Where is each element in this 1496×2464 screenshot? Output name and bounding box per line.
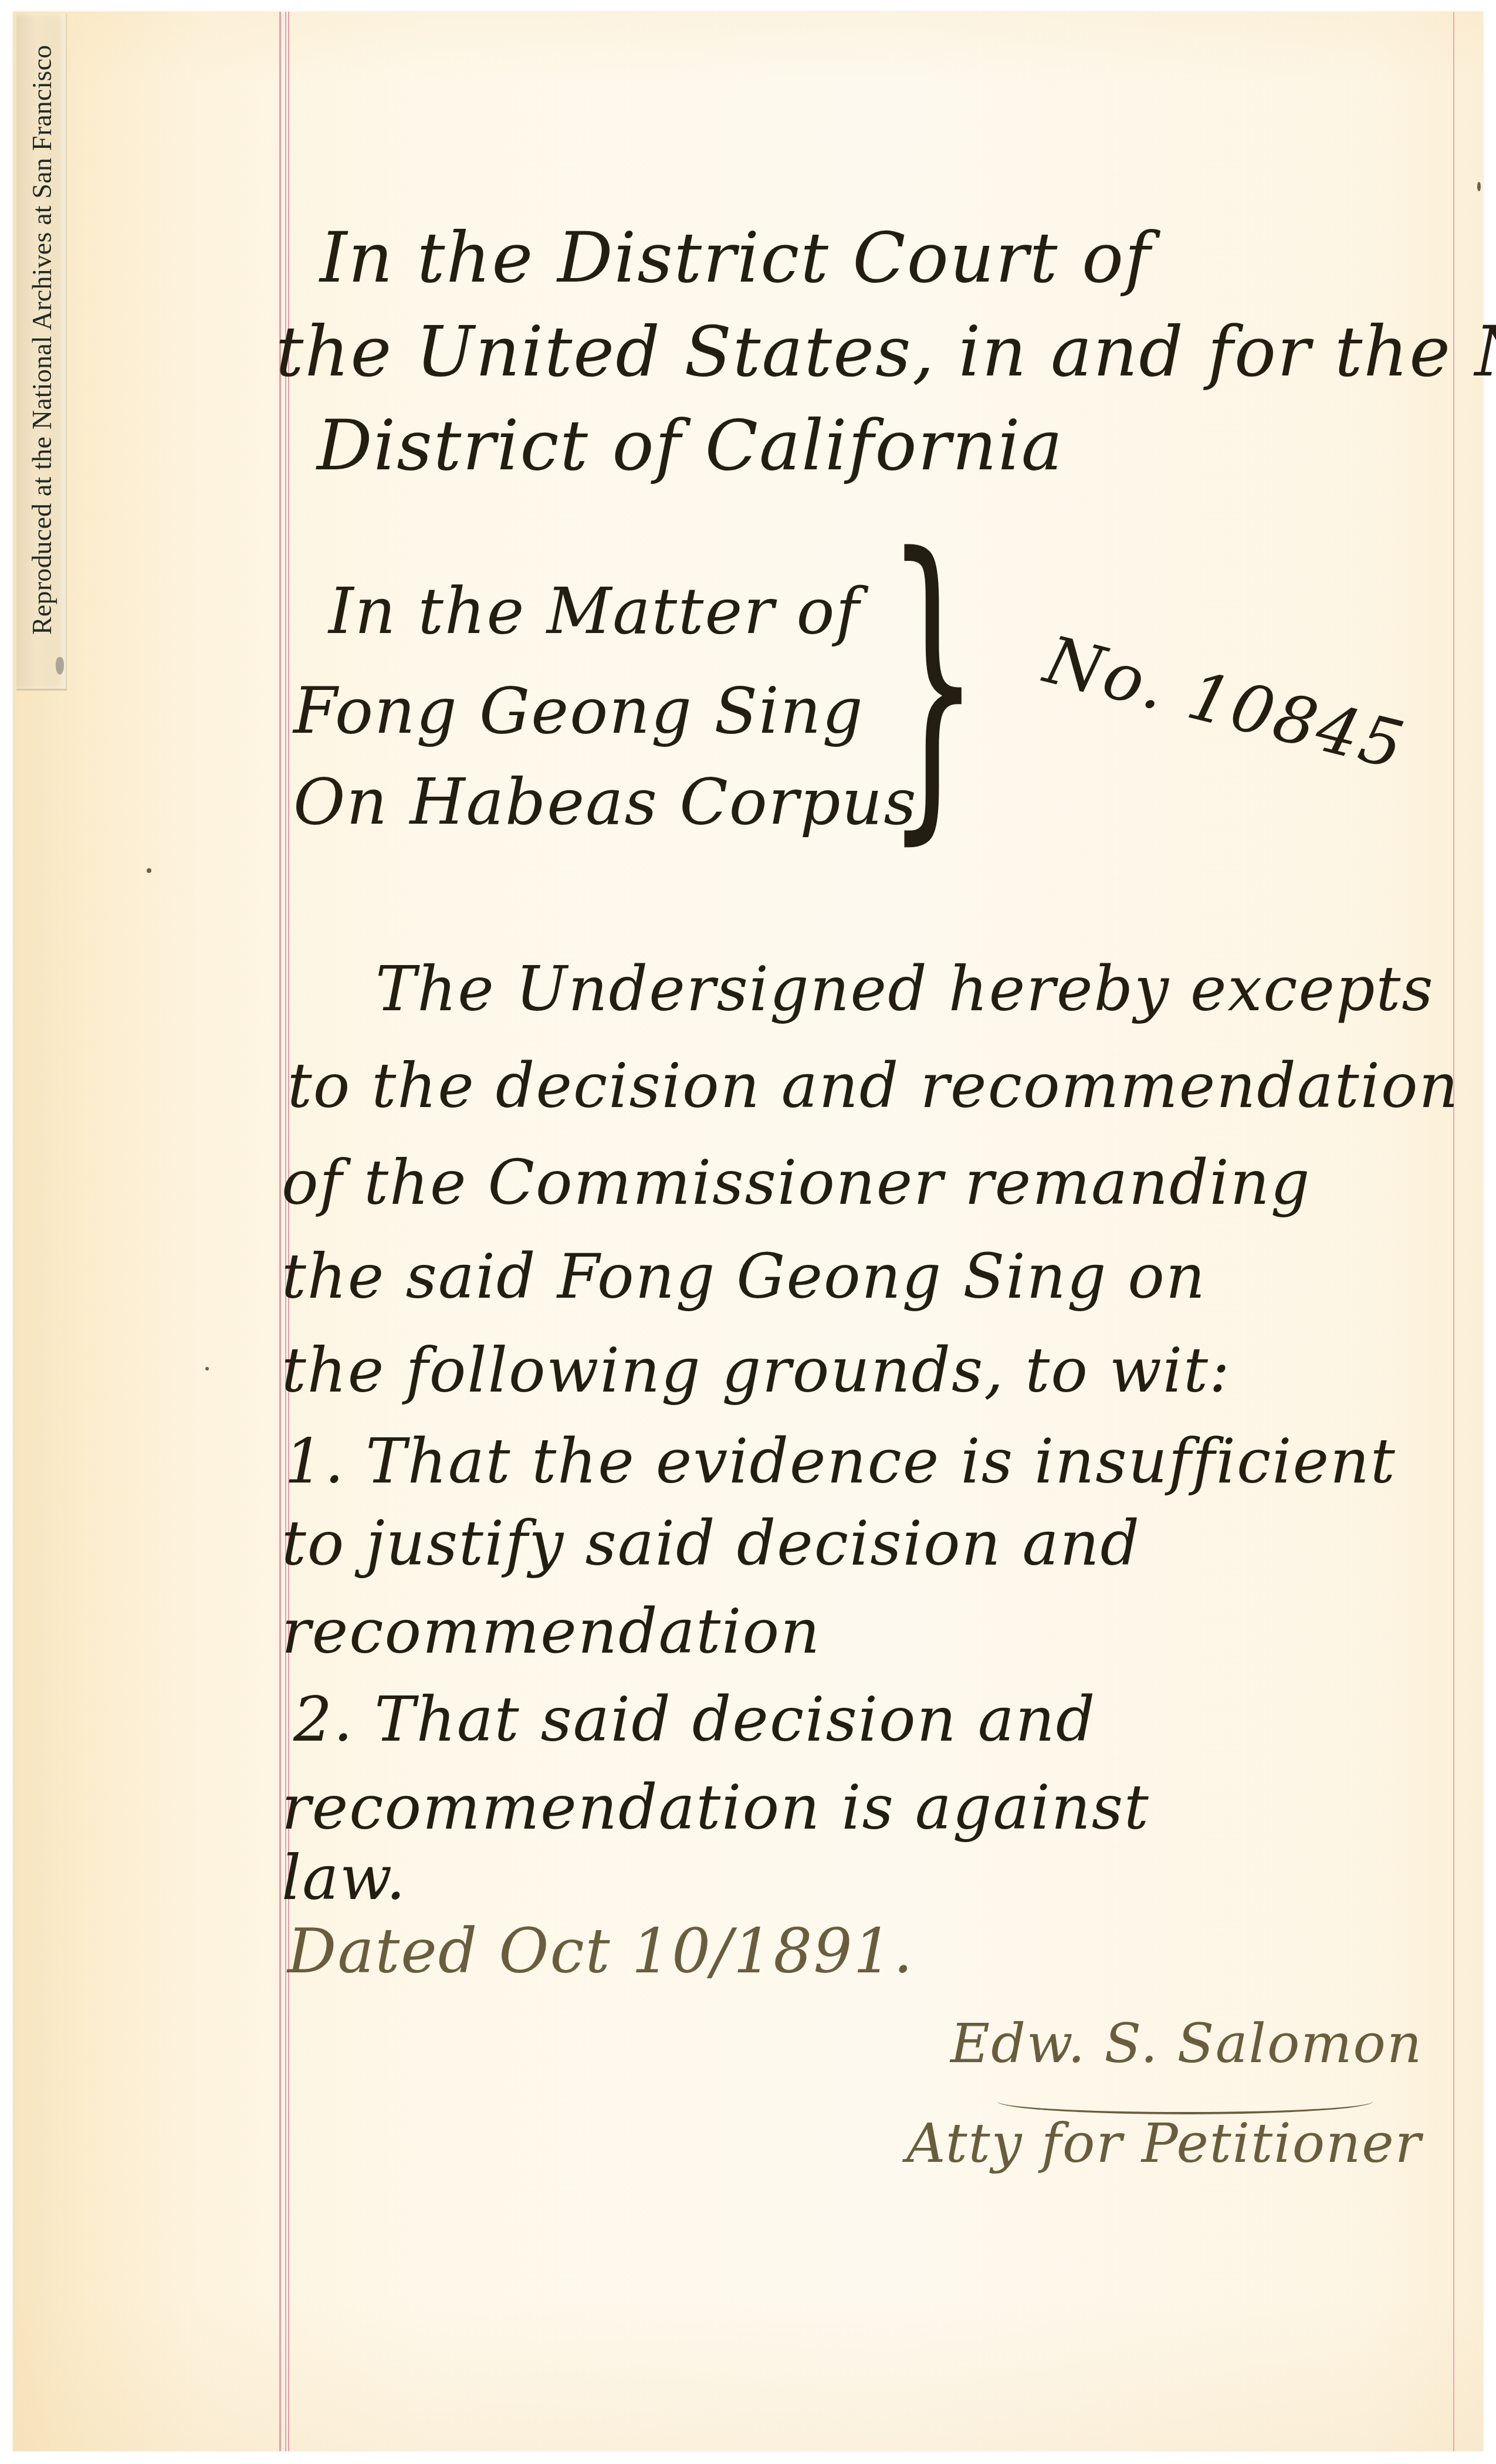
archive-label-text: Reproduced at the National Archives at S… [25, 13, 60, 635]
body-line-6: 1. That the evidence is insufficient [285, 1426, 1396, 1497]
date-line: Dated Oct 10/1891. [287, 1915, 914, 1987]
body-line-7: to justify said decision and [282, 1508, 1140, 1579]
paper-speck [147, 868, 151, 873]
body-line-1: The Undersigned hereby excepts [375, 953, 1434, 1025]
label-tab-mark [56, 657, 64, 675]
caption-line-2: Fong Geong Sing [293, 675, 864, 748]
signature-name: Edw. S. Salomon [950, 2012, 1423, 2075]
body-line-3: of the Commissioner remanding [282, 1147, 1311, 1219]
body-line-2: to the decision and recommendation [287, 1050, 1459, 1122]
body-line-4: the said Fong Geong Sing on [282, 1241, 1206, 1312]
court-heading-line-1: In the District Court of [320, 217, 1152, 298]
signature-flourish [997, 2089, 1373, 2114]
caption-line-3: On Habeas Corpus [293, 766, 918, 839]
paper-speck [1477, 182, 1481, 191]
court-heading-line-3: District of California [317, 405, 1064, 486]
caption-line-1: In the Matter of [329, 575, 860, 648]
body-line-8: recommendation [282, 1596, 821, 1667]
body-line-10: recommendation is against [282, 1772, 1150, 1843]
body-line-5: the following grounds, to wit: [282, 1335, 1231, 1406]
paper-speck [205, 1367, 209, 1370]
archive-label-strip: Reproduced at the National Archives at S… [16, 14, 67, 691]
body-line-11: law. [282, 1842, 407, 1914]
court-heading-line-2: the United States, in and for the Northe… [276, 311, 1496, 392]
caption-brace: } [886, 516, 980, 845]
signature-title: Atty for Petitioner [906, 2112, 1422, 2175]
body-line-9: 2. That said decision and [293, 1684, 1096, 1755]
